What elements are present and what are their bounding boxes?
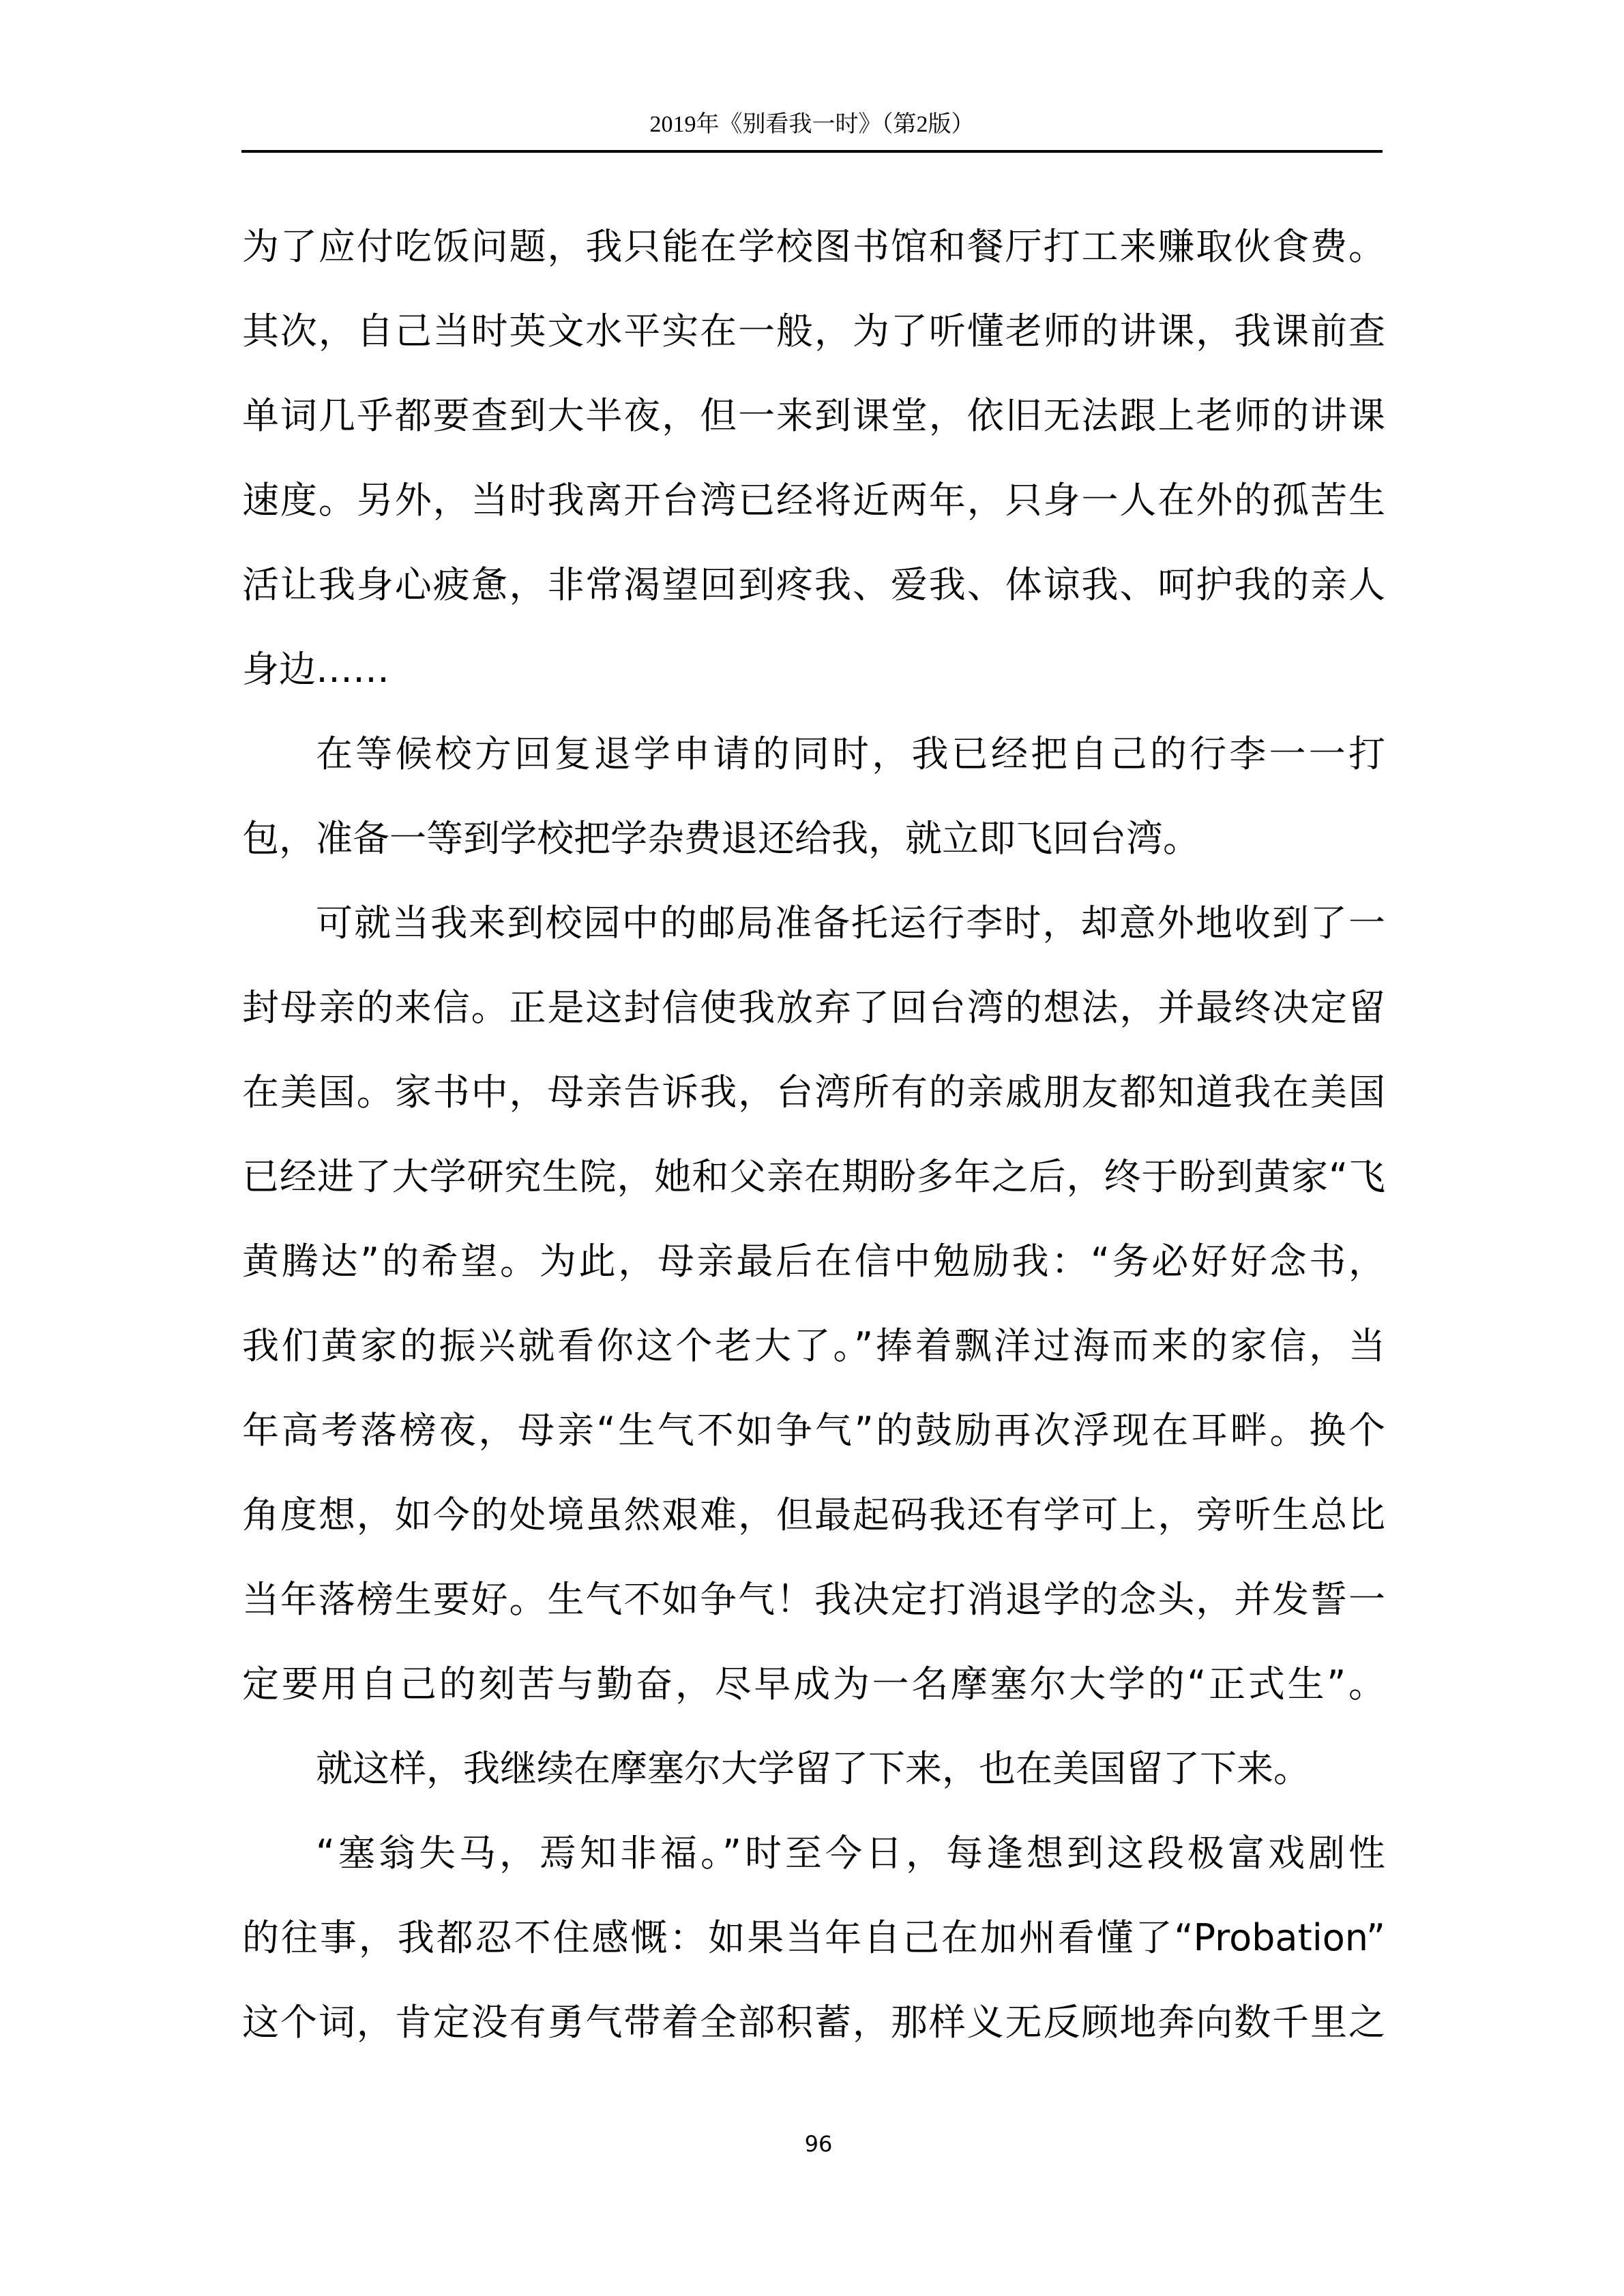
text-line: 当年落榜生要好。生气不如争气！我决定打消退学的念头，并发誓一 [242,1557,1385,1642]
text-line: 定要用自己的刻苦与勤奋，尽早成为一名摩塞尔大学的“正式生”。 [242,1642,1385,1727]
text-line: 在美国。家书中，母亲告诉我，台湾所有的亲戚朋友都知道我在美国 [242,1050,1385,1135]
text-line: 包，准备一等到学校把学杂费退还给我，就立即飞回台湾。 [242,796,1385,881]
paragraph-3: 可就当我来到校园中的邮局准备托运行李时，却意外地收到了一 封母亲的来信。正是这封… [242,881,1385,1727]
text-line: 这个词，肯定没有勇气带着全部积蓄，那样义无反顾地奔向数千里之 [242,1980,1385,2065]
paragraph-1: 为了应付吃饭问题，我只能在学校图书馆和餐厅打工来赚取伙食费。 其次，自己当时英文… [242,205,1385,712]
text-line: 已经进了大学研究生院，她和父亲在期盼多年之后，终于盼到黄家“飞 [242,1135,1385,1219]
text-line: 其次，自己当时英文水平实在一般，为了听懂老师的讲课，我课前查 [242,289,1385,374]
text-line: 速度。另外，当时我离开台湾已经将近两年，只身一人在外的孤苦生 [242,458,1385,543]
text-line: 黄腾达”的希望。为此，母亲最后在信中勉励我：“务必好好念书， [242,1219,1385,1304]
text-line: 我们黄家的振兴就看你这个老大了。”捧着飘洋过海而来的家信，当 [242,1304,1385,1388]
page-number: 96 [750,2129,887,2159]
text-line: 为了应付吃饭问题，我只能在学校图书馆和餐厅打工来赚取伙食费。 [242,205,1385,289]
text-line: 可就当我来到校园中的邮局准备托运行李时，却意外地收到了一 [242,881,1385,966]
text-line: 年高考落榜夜，母亲“生气不如争气”的鼓励再次浮现在耳畔。换个 [242,1388,1385,1473]
header-rule [241,150,1383,153]
text-line: 单词几乎都要查到大半夜，但一来到课堂，依旧无法跟上老师的讲课 [242,374,1385,458]
text-line: 就这样，我继续在摩塞尔大学留了下来，也在美国留了下来。 [242,1727,1385,1811]
paragraph-2: 在等候校方回复退学申请的同时，我已经把自己的行李一一打 包，准备一等到学校把学杂… [242,712,1385,881]
running-header: 2019年《别看我一时》（第2版） [241,109,1383,140]
text-line: 在等候校方回复退学申请的同时，我已经把自己的行李一一打 [242,712,1385,796]
text-line: 的往事，我都忍不住感慨：如果当年自己在加州看懂了“Probation” [242,1896,1385,1980]
text-line: “塞翁失马，焉知非福。”时至今日，每逢想到这段极富戏剧性 [242,1811,1385,1896]
body-text: 为了应付吃饭问题，我只能在学校图书馆和餐厅打工来赚取伙食费。 其次，自己当时英文… [242,205,1385,2065]
text-line: 活让我身心疲惫，非常渴望回到疼我、爱我、体谅我、呵护我的亲人 [242,543,1385,627]
text-line: 角度想，如今的处境虽然艰难，但最起码我还有学可上，旁听生总比 [242,1473,1385,1557]
text-line: 封母亲的来信。正是这封信使我放弃了回台湾的想法，并最终决定留 [242,966,1385,1050]
text-line: 身边…… [242,627,1385,712]
paragraph-4: 就这样，我继续在摩塞尔大学留了下来，也在美国留了下来。 [242,1727,1385,1811]
paragraph-5: “塞翁失马，焉知非福。”时至今日，每逢想到这段极富戏剧性 的往事，我都忍不住感慨… [242,1811,1385,2065]
